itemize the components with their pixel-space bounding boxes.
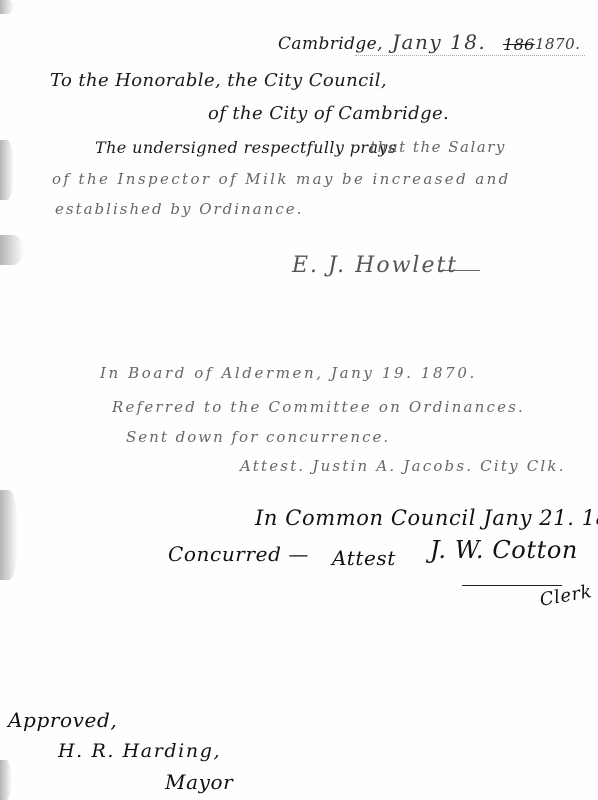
scan-shadow [0,140,14,200]
approved-text: Approved, [8,708,117,732]
common-council-line: In Common Council Jany 21. 1870 [255,506,598,530]
aldermen-attest: Attest. Justin A. Jacobs. City Clk. [240,457,566,475]
petitioner-signature: E. J. Howlett [292,253,458,278]
concurred-text: Concurred — [168,542,309,566]
signature-flourish [462,585,562,586]
mayor-name: H. R. Harding, [58,740,221,762]
aldermen-line-2: Referred to the Committee on Ordinances. [112,398,525,416]
mayor-title: Mayor [165,770,233,794]
scan-shadow [0,490,18,580]
aldermen-line-3: Sent down for concurrence. [126,428,390,446]
heading-place: Cambridge, [278,34,383,54]
signature-flourish [440,270,480,271]
document-page: Cambridge, Jany 18. 186 1870. To the Hon… [0,0,598,800]
address-line-2: of the City of Cambridge. [208,103,449,124]
petition-printed-lead: The undersigned respectfully prays [95,138,396,157]
petition-line-3: established by Ordinance. [55,200,303,218]
petition-line-2: of the Inspector of Milk may be increase… [52,170,511,188]
scan-shadow [0,760,12,800]
clerk-signature: J. W. Cotton [430,536,578,564]
scan-shadow [0,0,14,14]
address-line-1: To the Honorable, the City Council, [50,70,387,91]
heading-year: 1870. [535,35,580,53]
petition-line-1: that the Salary [370,138,506,156]
heading-date: Jany 18. [392,30,486,54]
scan-shadow [0,235,24,265]
heading-printed-year: 186 [503,35,535,54]
date-dotted-line [355,55,585,56]
aldermen-line-1: In Board of Aldermen, Jany 19. 1870. [100,364,477,382]
attest-label: Attest [332,546,396,570]
